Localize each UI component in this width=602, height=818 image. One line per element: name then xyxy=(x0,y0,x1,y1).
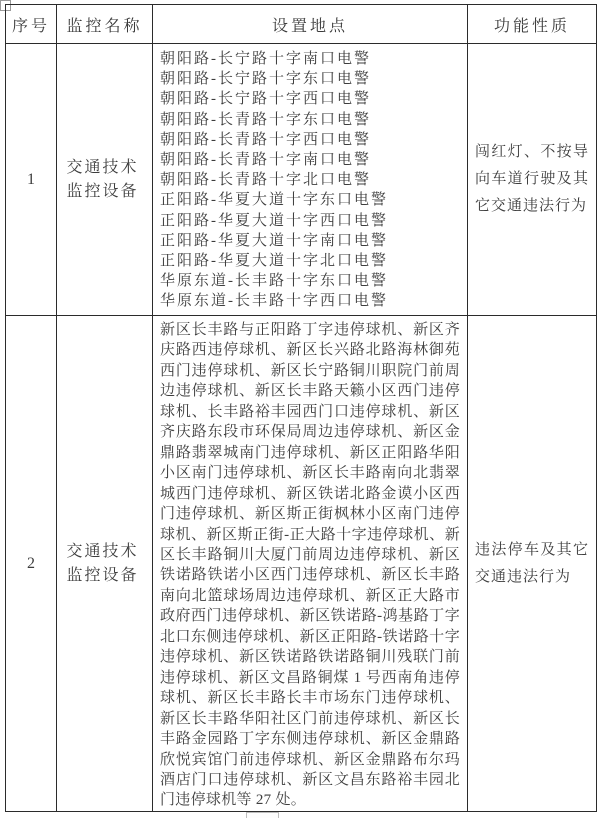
row2-serial: 2 xyxy=(6,316,57,811)
row1-function: 闯红灯、不按导向车道行驶及其它交通违法行为 xyxy=(475,139,589,220)
row2-monitor-name: 交通技术监控设备 xyxy=(67,540,143,588)
row1-serial: 1 xyxy=(6,44,57,316)
location-line: 朝阳路-长青路十字南口电警 xyxy=(160,150,461,170)
location-line: 朝阳路-长宁路十字西口电警 xyxy=(160,89,461,109)
header-monitor-name: 监控名称 xyxy=(57,5,153,44)
header-location: 设置地点 xyxy=(153,5,468,44)
document-page: { "colors": { "text": "#3d3d3d", "border… xyxy=(0,0,602,818)
location-line: 朝阳路-长青路十字北口电警 xyxy=(160,170,461,190)
location-line: 朝阳路-长宁路十字南口电警 xyxy=(160,49,461,69)
row2-monitor-name-cell: 交通技术监控设备 xyxy=(57,316,153,811)
location-line: 朝阳路-长青路十字东口电警 xyxy=(160,110,461,130)
row2-function-cell: 违法停车及其它交通违法行为 xyxy=(468,316,596,811)
row1-monitor-name-cell: 交通技术监控设备 xyxy=(57,44,153,316)
row2-function: 违法停车及其它交通违法行为 xyxy=(475,537,589,591)
row1-function-cell: 闯红灯、不按导向车道行驶及其它交通违法行为 xyxy=(468,44,596,316)
row2-locations: 新区长丰路与正阳路丁字违停球机、新区齐庆路西违停球机、新区长兴路北路海林御苑西门… xyxy=(153,316,468,811)
location-line: 正阳路-华夏大道十字东口电警 xyxy=(160,190,461,210)
header-serial: 序号 xyxy=(6,5,57,44)
location-line: 正阳路-华夏大道十字南口电警 xyxy=(160,231,461,251)
row1-locations: 朝阳路-长宁路十字南口电警朝阳路-长宁路十字东口电警朝阳路-长宁路十字西口电警朝… xyxy=(153,44,468,316)
location-line: 华原东道-长丰路十字西口电警 xyxy=(160,291,461,311)
table-resize-handle xyxy=(246,812,279,818)
location-line: 朝阳路-长青路十字西口电警 xyxy=(160,130,461,150)
location-line: 华原东道-长丰路十字东口电警 xyxy=(160,271,461,291)
header-function: 功能性质 xyxy=(468,5,596,44)
location-line: 正阳路-华夏大道十字北口电警 xyxy=(160,251,461,271)
location-line: 正阳路-华夏大道十字西口电警 xyxy=(160,211,461,231)
location-line: 朝阳路-长宁路十字东口电警 xyxy=(160,69,461,89)
monitoring-table: 序号 监控名称 设置地点 功能性质 1 交通技术监控设备 朝阳路-长宁路十字南口… xyxy=(5,4,597,812)
row1-monitor-name: 交通技术监控设备 xyxy=(67,156,143,204)
